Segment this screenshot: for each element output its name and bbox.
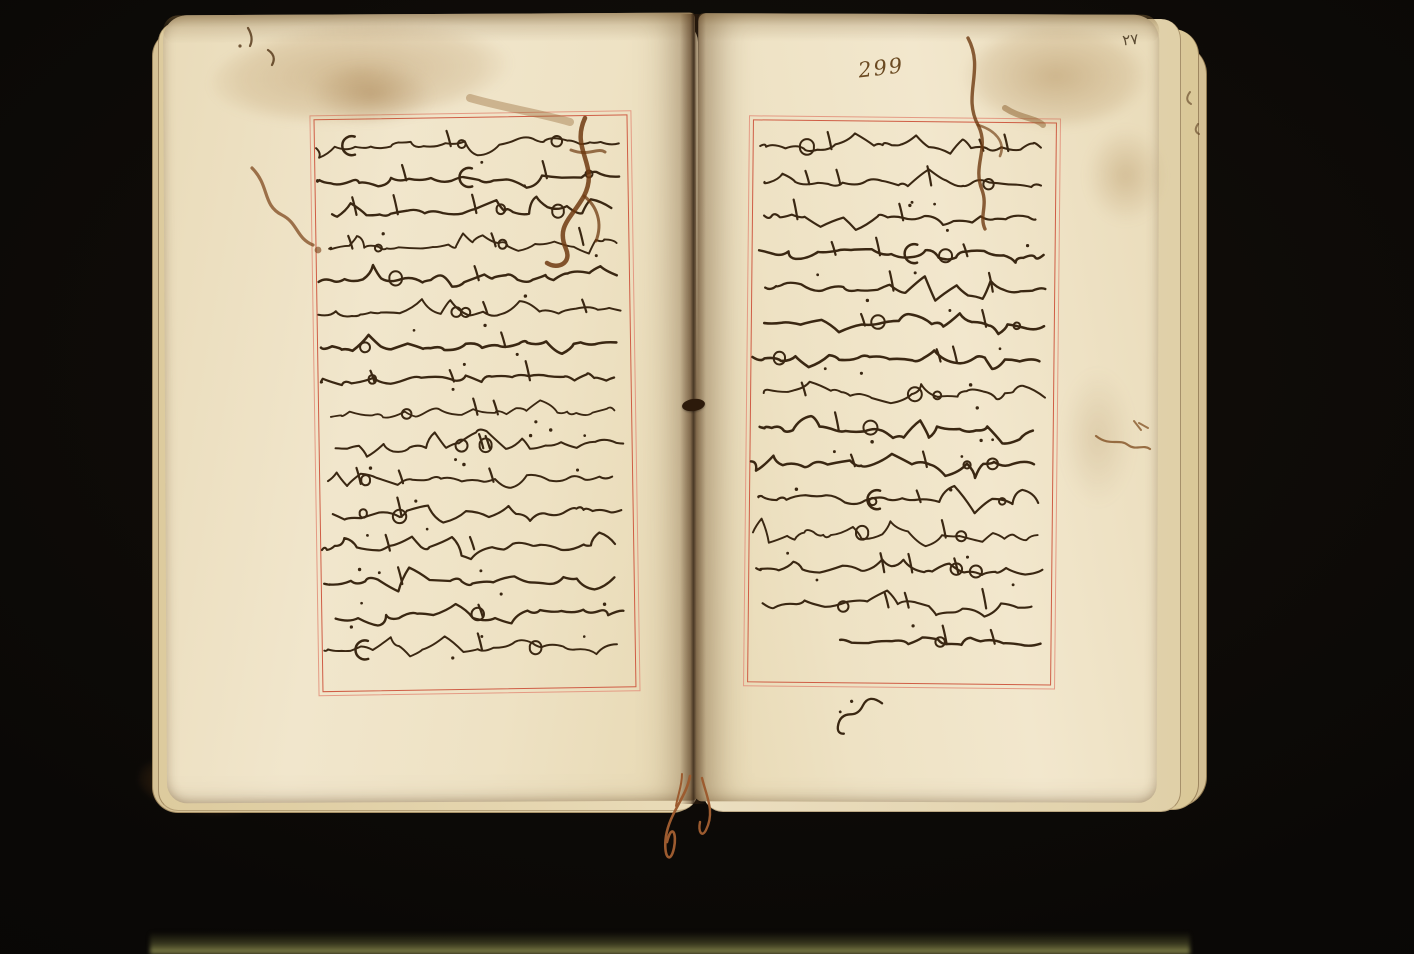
right-page-handwriting — [752, 122, 1050, 679]
table-edge-glow — [150, 932, 1190, 954]
photo-stage: 299 ٢٧ — [0, 0, 1414, 954]
right-page: 299 ٢٧ — [696, 13, 1160, 803]
page-number: 299 — [857, 53, 906, 82]
left-page — [163, 13, 699, 804]
right-text-frame — [747, 119, 1057, 685]
left-page-handwriting — [319, 117, 630, 686]
left-text-frame — [313, 114, 636, 692]
folio-mark: ٢٧ — [1121, 30, 1139, 50]
